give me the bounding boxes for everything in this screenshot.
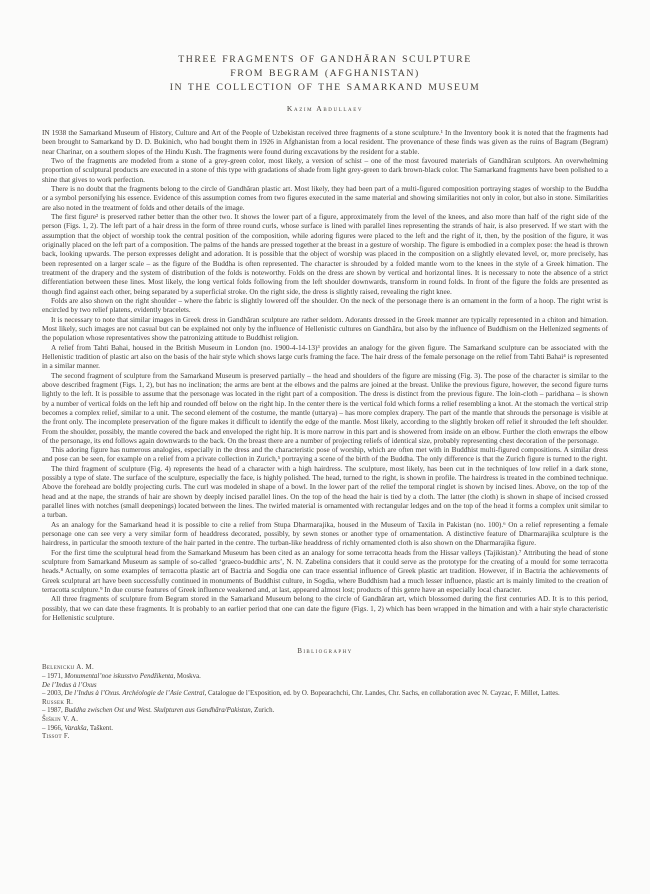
paragraph-greek-dress: It is necessary to note that similar ima… bbox=[42, 315, 608, 343]
paragraph-materials: Two of the fragments are modeled from a … bbox=[42, 156, 608, 184]
bib-detail-suffix: , Moskva. bbox=[173, 673, 200, 680]
bib-detail-suffix: , Catalogue de l’Exposition, ed. by O. B… bbox=[205, 690, 560, 697]
bibliography-entry-indus-oxus: De l’Indus à l’Oxus – 2003, De l’Indus à… bbox=[42, 682, 608, 699]
bibliography-detail: – 2003, De l’Indus à l’Oxus. Archéologie… bbox=[42, 690, 608, 699]
paper-title-line-2: FROM BEGRAM (AFGHANISTAN) bbox=[42, 67, 608, 81]
bibliography-detail: – 1966, Varakša, Taškent. bbox=[42, 725, 608, 734]
paragraph-second-fragment: The second fragment of sculpture from th… bbox=[42, 371, 608, 446]
bibliography-author: Tissot F. bbox=[42, 733, 608, 742]
paper-title: THREE FRAGMENTS OF GANDHĀRAN SCULPTURE F… bbox=[42, 53, 608, 95]
paragraph-intro: IN 1938 the Samarkand Museum of History,… bbox=[42, 128, 608, 156]
paper-title-line-1: THREE FRAGMENTS OF GANDHĀRAN SCULPTURE bbox=[42, 53, 608, 67]
bib-detail-title: Monumental’noe iskusstvo Pendžikenta bbox=[64, 673, 173, 680]
bibliography-heading: Bibliography bbox=[42, 648, 608, 655]
bibliography-author: Russek R. bbox=[42, 699, 608, 708]
bibliography-entry-russek: Russek R. – 1987, Buddha zwischen Ost un… bbox=[42, 699, 608, 716]
bibliography-section: Bibliography Belenickij A. M. – 1971, Mo… bbox=[42, 648, 608, 741]
paper-title-line-3: IN THE COLLECTION OF THE SAMARKAND MUSEU… bbox=[42, 81, 608, 95]
paragraph-first-figure: The first figure² is preserved rather be… bbox=[42, 212, 608, 296]
paragraph-tahti-bahai: A relief from Tahti Bahai, housed in the… bbox=[42, 343, 608, 371]
bibliography-entries: Belenickij A. M. – 1971, Monumental’noe … bbox=[42, 664, 608, 741]
paragraph-adoring-figure: This adoring figure has numerous analogi… bbox=[42, 445, 608, 464]
bibliography-entry-tissot: Tissot F. bbox=[42, 733, 608, 742]
bib-detail-prefix: – 1966, bbox=[42, 725, 64, 732]
paragraph-attribution: There is no doubt that the fragments bel… bbox=[42, 184, 608, 212]
bib-detail-title: Varakša bbox=[64, 725, 86, 732]
paper-page: THREE FRAGMENTS OF GANDHĀRAN SCULPTURE F… bbox=[0, 0, 650, 894]
bibliography-author: Belenickij A. M. bbox=[42, 664, 608, 673]
bib-detail-prefix: – 2003, bbox=[42, 690, 64, 697]
paragraph-third-fragment: The third fragment of sculpture (Fig. 4)… bbox=[42, 464, 608, 520]
bib-detail-prefix: – 1971, bbox=[42, 673, 64, 680]
bib-detail-suffix: , Zurich. bbox=[251, 707, 275, 714]
bib-detail-title: Buddha zwischen Ost und West. Skulpturen… bbox=[64, 707, 250, 714]
bibliography-entry-siskin: Šiškin V. A. – 1966, Varakša, Taškent. bbox=[42, 716, 608, 733]
paragraph-dharmarajika: As an analogy for the Samarkand head it … bbox=[42, 520, 608, 548]
bibliography-author: Šiškin V. A. bbox=[42, 716, 608, 725]
bibliography-detail: – 1971, Monumental’noe iskusstvo Pendžik… bbox=[42, 673, 608, 682]
bibliography-author: De l’Indus à l’Oxus bbox=[42, 682, 608, 691]
bib-detail-title: De l’Indus à l’Oxus. Archéologie de l’As… bbox=[64, 690, 204, 697]
paragraph-terracotta: For the first time the sculptural head f… bbox=[42, 548, 608, 595]
bibliography-detail: – 1987, Buddha zwischen Ost und West. Sk… bbox=[42, 707, 608, 716]
bib-detail-suffix: , Taškent. bbox=[87, 725, 113, 732]
bib-detail-prefix: – 1987, bbox=[42, 707, 64, 714]
author-name: Kazim Abdullaev bbox=[42, 104, 608, 113]
bibliography-entry-belenickij: Belenickij A. M. – 1971, Monumental’noe … bbox=[42, 664, 608, 681]
paragraph-conclusion: All three fragments of sculpture from Be… bbox=[42, 594, 608, 622]
paragraph-folds: Folds are also shown on the right should… bbox=[42, 296, 608, 315]
article-body: IN 1938 the Samarkand Museum of History,… bbox=[42, 128, 608, 622]
